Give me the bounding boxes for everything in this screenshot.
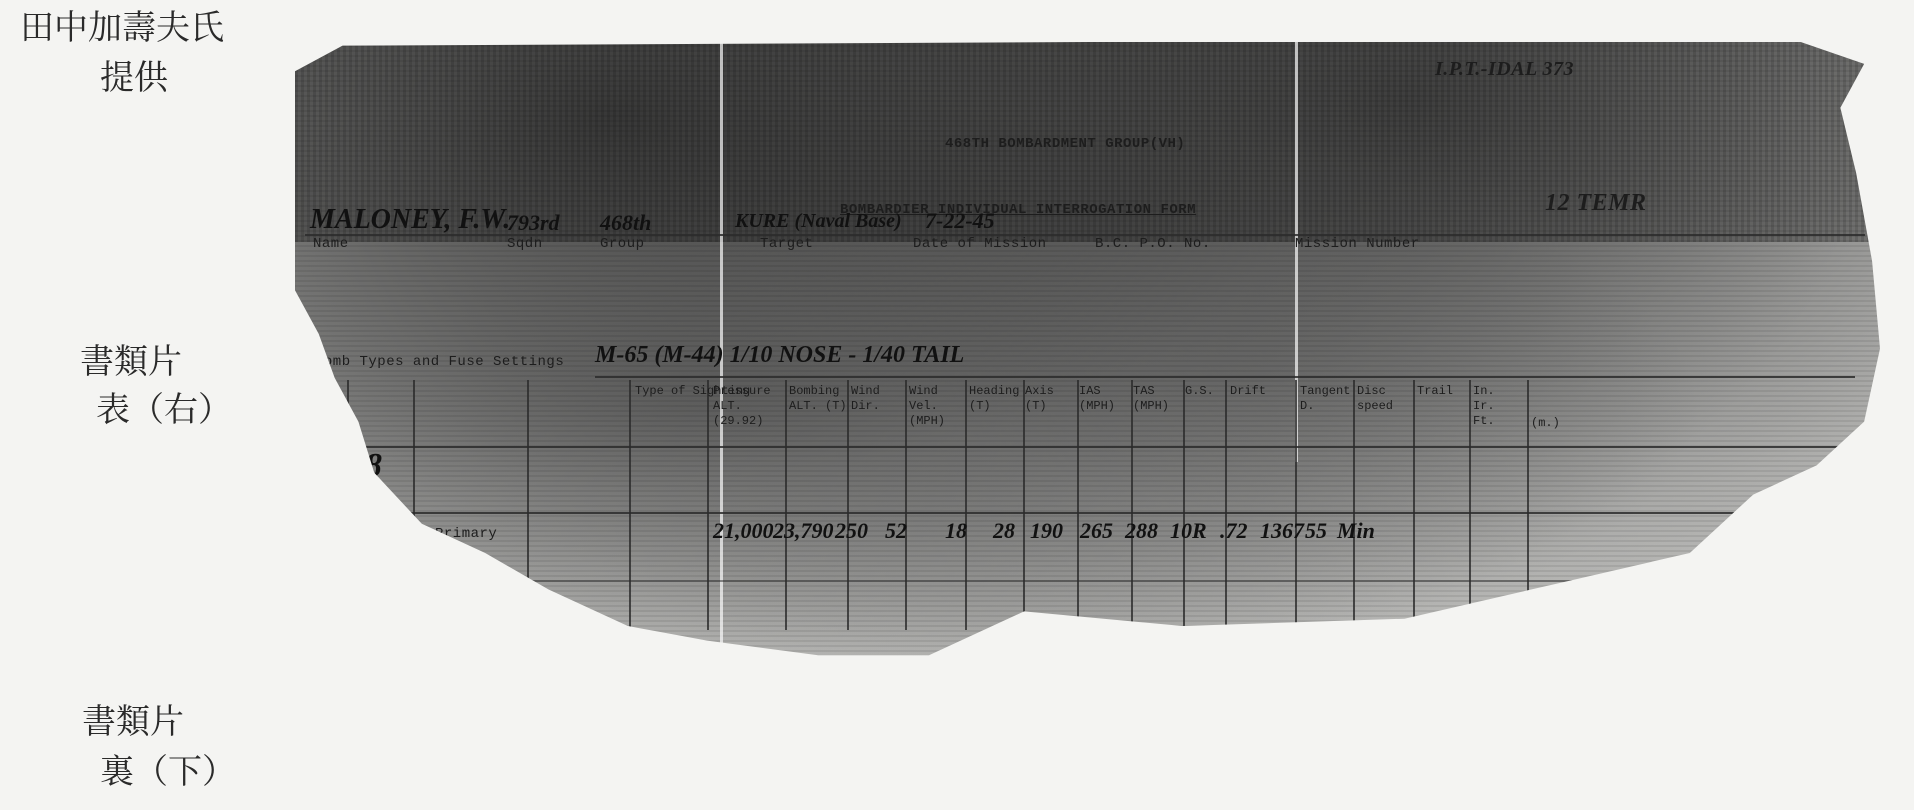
primary-value: 55	[1305, 518, 1327, 544]
front-caption: 書類片	[80, 340, 182, 384]
primary-value: .72	[1220, 518, 1248, 544]
bomb-types-value: M-65 (M-44) 1/10 NOSE - 1/40 TAIL	[595, 342, 964, 369]
col-header-ias: IAS (MPH)	[1079, 384, 1127, 414]
col-header-in: In. Ir. Ft.	[1473, 384, 1513, 429]
col-header-disc-speed: Disc speed	[1357, 384, 1413, 414]
front-caption-line2: 表（右）	[96, 388, 232, 432]
primary-value: 21,000	[713, 518, 774, 544]
primary-value: 18	[945, 518, 967, 544]
primary-value: 265	[1080, 518, 1113, 544]
col-header-tangent: Tangent D.	[1300, 384, 1354, 414]
scanned-form: I.P.T.-IDAL 373 468TH BOMBARDMENT GROUP(…	[295, 42, 1880, 772]
col-header-wind-vel: Wind Vel. (MPH)	[909, 384, 965, 429]
group-value: 468th	[600, 210, 651, 236]
reference-number: I.P.T.-IDAL 373	[1435, 58, 1574, 81]
col-header-axis: Axis (T)	[1025, 384, 1075, 414]
col-header-gs: G.S.	[1185, 384, 1214, 399]
provider-caption: 田中加壽夫氏	[20, 6, 224, 50]
provider-caption-line2: 提供	[100, 56, 168, 100]
back-caption: 書類片	[82, 700, 184, 744]
primary-value: Min	[1337, 518, 1375, 544]
row-label-others: Others	[437, 612, 490, 628]
mission-number-label: Mission Number	[1295, 236, 1420, 252]
primary-value: 28	[993, 518, 1015, 544]
primary-value: 1367	[1260, 518, 1304, 544]
primary-value: 250	[835, 518, 868, 544]
paper-fragment: I.P.T.-IDAL 373 468TH BOMBARDMENT GROUP(…	[295, 42, 1880, 772]
group-label: Group	[600, 236, 645, 252]
target-value: KURE (Naval Base)	[735, 210, 902, 233]
col-header-pressure-alt: Pressure ALT. (29.92)	[713, 384, 783, 429]
row-label-ated: ...ated	[345, 526, 407, 542]
sqdn-value: 793rd	[507, 210, 560, 236]
target-label: Target	[760, 236, 813, 252]
row-mark-8: 8	[365, 447, 382, 485]
col-header-heading: Heading (T)	[969, 384, 1021, 414]
primary-value: 23,790	[773, 518, 834, 544]
back-caption-line2: 裏（下）	[100, 750, 236, 794]
col-header-bombing-alt: Bombing ALT. (T)	[789, 384, 847, 414]
primary-value: 288	[1125, 518, 1158, 544]
col-header-wind-dir: Wind Dir.	[851, 384, 903, 414]
row-label-primary: Primary	[435, 526, 497, 542]
row-mark-5: 5	[305, 457, 317, 484]
unit-heading: 468TH BOMBARDMENT GROUP(VH)	[945, 136, 1185, 152]
col-header-drift: Drift	[1230, 384, 1266, 399]
col-header-tas: TAS (MPH)	[1133, 384, 1181, 414]
row-label-secondary: Secondary	[440, 570, 520, 586]
primary-value: 190	[1030, 518, 1063, 544]
primary-value: 52	[885, 518, 907, 544]
bc-po-label: B.C. P.O. No.	[1095, 236, 1211, 252]
date-value: 7-22-45	[925, 208, 995, 234]
sqdn-label: Sqdn	[507, 236, 543, 252]
col-header-trail: Trail	[1417, 384, 1453, 399]
col-header-m: (m.)	[1531, 416, 1560, 431]
date-label: Date of Mission	[913, 236, 1047, 252]
bomb-types-label: Bomb Types and Fuse Settings	[315, 354, 564, 370]
corner-note: 12 TEMR	[1545, 190, 1647, 217]
name-label: Name	[313, 236, 349, 252]
name-value: MALONEY, F.W.	[310, 204, 510, 236]
primary-value: 10R	[1170, 518, 1207, 544]
